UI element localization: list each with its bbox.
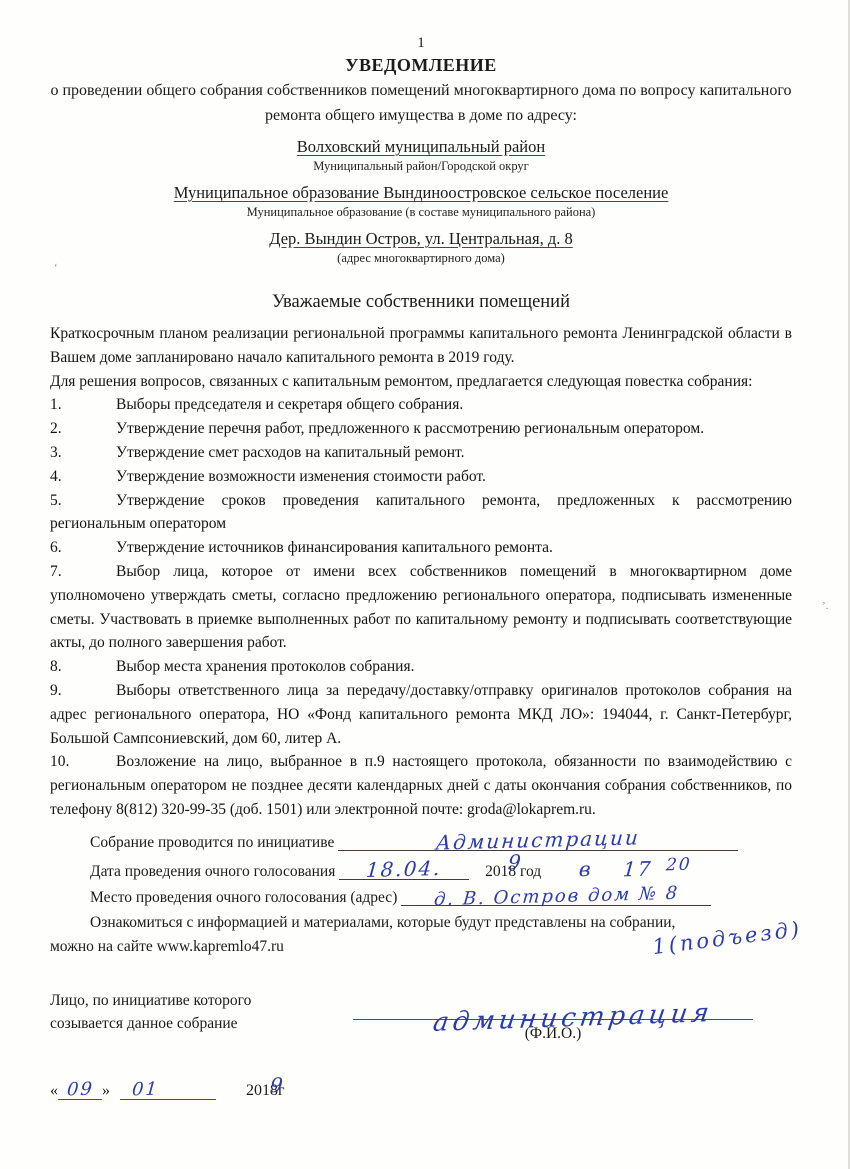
agenda-item-number: 1. bbox=[50, 393, 116, 417]
footer-year-digit-overlay: 89 bbox=[270, 1082, 278, 1100]
initiative-blank-field: Администрации bbox=[338, 830, 738, 851]
footer-year-handwritten-digit: 9 bbox=[269, 1076, 285, 1094]
agenda-item-number: 4. bbox=[50, 465, 116, 489]
scan-artifact: ’. bbox=[822, 600, 828, 612]
day-handwritten: 09 bbox=[66, 1080, 94, 1099]
agenda-item-4: 4.Утверждение возможности изменения стои… bbox=[50, 465, 792, 489]
footer-year-prefix: 201 bbox=[246, 1082, 270, 1099]
initiative-label: Собрание проводится по инициативе bbox=[90, 834, 334, 851]
agenda-item-6: 6.Утверждение источников финансирования … bbox=[50, 536, 792, 560]
agenda-item-text: Выборы председателя и секретаря общего с… bbox=[116, 396, 463, 413]
agenda-item-number: 6. bbox=[50, 536, 116, 560]
close-quote: » bbox=[102, 1082, 110, 1099]
year-prefix: 201 bbox=[485, 863, 508, 880]
signoff-block: Лицо, по инициативе которого созывается … bbox=[50, 989, 792, 1045]
address-municipality: Муниципальное образование Вындиноостровс… bbox=[50, 182, 792, 203]
agenda-item-8: 8.Выбор места хранения протоколов собран… bbox=[50, 655, 792, 679]
year-word: год bbox=[520, 863, 541, 880]
year-digit-overlay: 89 bbox=[508, 859, 516, 885]
date-blank-field: 18.04. bbox=[339, 859, 469, 880]
signature-area: администрация (Ф.И.О.) bbox=[353, 989, 753, 1045]
info-line-2: можно на сайте www.kapremlo47.ru 1(подъе… bbox=[50, 935, 792, 959]
place-blank-field: д. В. Остров дом № 8 bbox=[401, 885, 711, 906]
signature-handwritten: администрация bbox=[392, 1002, 754, 1033]
month-blank-field: 01 bbox=[120, 1081, 216, 1100]
document-title: УВЕДОМЛЕНИЕ bbox=[50, 54, 792, 76]
address-district: Волховский муниципальный район bbox=[50, 136, 792, 157]
date-line: Дата проведения очного голосования 18.04… bbox=[50, 856, 792, 885]
agenda-item-text: Утверждение смет расходов на капитальный… bbox=[116, 444, 464, 461]
document-subtitle: о проведении общего собрания собственник… bbox=[50, 78, 792, 128]
intro-paragraph: Краткосрочным планом реализации регионал… bbox=[50, 322, 792, 370]
agenda-item-text: Выборы ответственного лица за передачу/д… bbox=[50, 682, 792, 747]
agenda-item-text: Утверждение источников финансирования ка… bbox=[116, 539, 553, 556]
agenda-item-number: 9. bbox=[50, 679, 116, 703]
date-handwritten-value: 18.04. bbox=[366, 859, 443, 879]
place-handwritten-value: д. В. Остров дом № 8 bbox=[433, 885, 679, 909]
meeting-form: Собрание проводится по инициативе Админи… bbox=[50, 830, 792, 959]
salutation: Уважаемые собственники помещений bbox=[50, 290, 792, 314]
agenda-item-text: Выбор лица, которое от имени всех собств… bbox=[50, 563, 792, 651]
info-line-2-text: можно на сайте www.kapremlo47.ru bbox=[50, 938, 284, 955]
agenda-item-5: 5.Утверждение сроков проведения капиталь… bbox=[50, 489, 792, 537]
agenda-item-text: Выбор места хранения протоколов собрания… bbox=[116, 658, 414, 675]
year-printed: 20189 год bbox=[485, 863, 541, 880]
scanned-notice-page: ’. ‘ 1 УВЕДОМЛЕНИЕ о проведении общего с… bbox=[0, 0, 850, 1169]
initiator-label: Лицо, по инициативе которого созывается … bbox=[50, 989, 305, 1045]
month-handwritten: 01 bbox=[131, 1080, 159, 1099]
agenda-item-1: 1.Выборы председателя и секретаря общего… bbox=[50, 393, 792, 417]
agenda-item-number: 5. bbox=[50, 489, 116, 513]
footer-date-line: «09» 01 20189г bbox=[50, 1081, 792, 1100]
agenda-item-text: Утверждение возможности изменения стоимо… bbox=[116, 468, 486, 485]
time-handwritten-minutes: 20 bbox=[665, 855, 692, 874]
agenda-item-7: 7.Выбор лица, которое от имени всех собс… bbox=[50, 560, 792, 655]
agenda-item-number: 10. bbox=[50, 750, 116, 774]
agenda-item-number: 2. bbox=[50, 417, 116, 441]
address-municipality-caption: Муниципальное образование (в составе мун… bbox=[50, 205, 792, 220]
address-house: Дер. Вындин Остров, ул. Центральная, д. … bbox=[50, 228, 792, 249]
document-body: Краткосрочным планом реализации регионал… bbox=[50, 322, 792, 822]
page-number: 1 bbox=[50, 34, 792, 52]
agenda-item-3: 3.Утверждение смет расходов на капитальн… bbox=[50, 441, 792, 465]
initiative-line: Собрание проводится по инициативе Админи… bbox=[50, 830, 792, 856]
time-handwritten-hours: 17 bbox=[622, 859, 653, 878]
signature-line: администрация bbox=[353, 989, 753, 1020]
open-quote: « bbox=[50, 1082, 58, 1099]
date-label: Дата проведения очного голосования bbox=[90, 863, 335, 880]
address-house-caption: (адрес многоквартирного дома) bbox=[50, 251, 792, 266]
place-line: Место проведения очного голосования (адр… bbox=[50, 885, 792, 911]
agenda-item-number: 3. bbox=[50, 441, 116, 465]
agenda-item-text: Утверждение перечня работ, предложенного… bbox=[116, 420, 704, 437]
agenda-item-text: Утверждение сроков проведения капитально… bbox=[50, 492, 792, 533]
agenda-item-number: 8. bbox=[50, 655, 116, 679]
agenda-item-10: 10.Возложение на лицо, выбранное в п.9 н… bbox=[50, 750, 792, 821]
footer-year: 20189г bbox=[246, 1082, 285, 1099]
agenda-item-number: 7. bbox=[50, 560, 116, 584]
day-blank-field: 09 bbox=[58, 1081, 102, 1100]
address-district-caption: Муниципальный район/Городской округ bbox=[50, 159, 792, 174]
agenda-item-9: 9.Выборы ответственного лица за передачу… bbox=[50, 679, 792, 750]
agenda-item-text: Возложение на лицо, выбранное в п.9 наст… bbox=[50, 753, 792, 818]
time-handwritten-prefix: в bbox=[578, 860, 593, 878]
initiative-handwritten-value: Администрации bbox=[436, 828, 641, 851]
agenda-item-2: 2.Утверждение перечня работ, предложенно… bbox=[50, 417, 792, 441]
year-handwritten-digit: 9 bbox=[508, 853, 524, 871]
intro-paragraph: Для решения вопросов, связанных с капита… bbox=[50, 370, 792, 394]
place-label: Место проведения очного голосования (адр… bbox=[90, 889, 397, 906]
